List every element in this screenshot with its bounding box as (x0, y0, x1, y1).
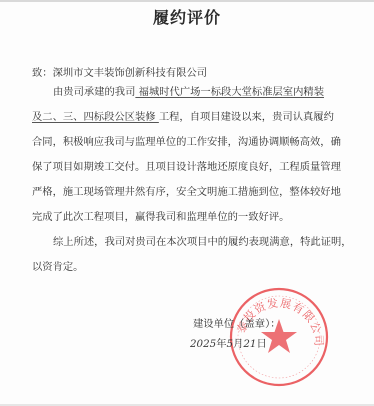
date-year-handwritten: 2025 (190, 338, 216, 350)
body-line-5: 严格，施工现场管理井然有序，安全文明施工措施到位，整体较好地 (32, 185, 340, 199)
date-day-handwritten: 21 (243, 338, 256, 350)
body-line-3: 合同，积极响应我司与监理单位的工作安排，沟通协调顺畅高效，确 (32, 135, 340, 149)
body-line-1: 由贵司承建的我司 福城时代广场一标段大堂标准层室内精装 (53, 85, 361, 99)
recipient-line: 致：深圳市文丰装饰创新科技有限公司 (32, 64, 207, 79)
project-name-underlined: 福城时代广场一标段大堂标准层室内精装 (135, 86, 324, 98)
body-line-2: 及二、三、四标段公区装修 工程，自项目建设以来，贵司认真履约 (32, 110, 340, 124)
date-month-suffix: 月 (233, 338, 243, 350)
body-text: 由贵司承建的我司 (53, 86, 135, 98)
date-day-suffix: 日 (256, 338, 266, 350)
signature-date: 2025年5月21日 (190, 335, 267, 350)
scan-top-edge (0, 0, 374, 2)
project-name-underlined-cont: 及二、三、四标段公区装修 (32, 111, 159, 123)
signature-label: 建设单位（盖章）： (193, 315, 281, 330)
body-line-6: 完成了此次工程项目，赢得我司和监理单位的一致好评。 (32, 210, 340, 224)
body-line-8: 以资肯定。 (32, 260, 340, 274)
body-line-4: 保了项目如期竣工交付。且项目设计落地还原度良好，工程质量管理 (32, 160, 340, 174)
date-year-suffix: 年 (216, 338, 226, 350)
document-title: 履约评价 (0, 5, 374, 28)
body-text: 工程，自项目建设以来，贵司认真履约 (159, 111, 334, 123)
body-line-7: 综上所述，我司对贵司在本次项目中的履约表现满意，特此证明， (53, 235, 361, 249)
